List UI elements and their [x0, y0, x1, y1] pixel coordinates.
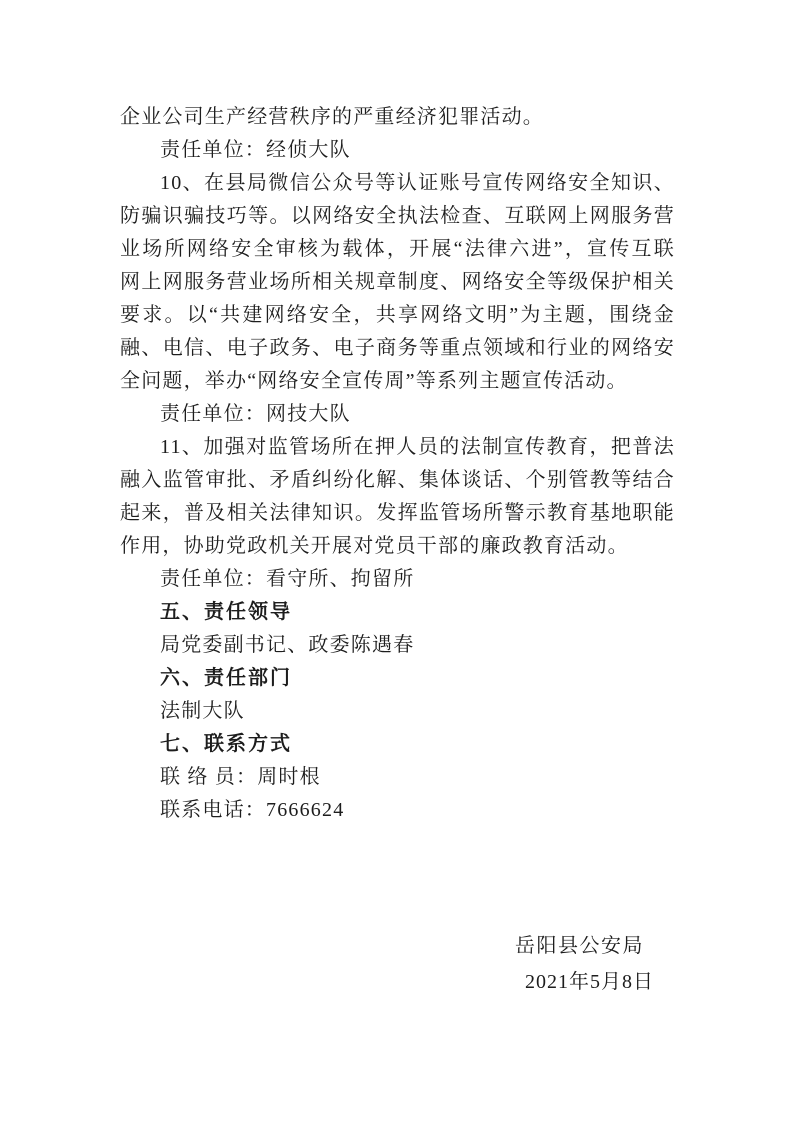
body-line: 网上网服务营业场所相关规章制度、网络安全等级保护相关 [120, 266, 675, 299]
body-line: 企业公司生产经营秩序的严重经济犯罪活动。 [120, 101, 675, 134]
body-line: 作用，协助党政机关开展对党员干部的廉政教育活动。 [120, 530, 675, 563]
body-line: 防骗识骗技巧等。以网络安全执法检查、互联网上网服务营 [120, 200, 675, 233]
body-line: 业场所网络安全审核为载体，开展“法律六进”，宣传互联 [120, 233, 675, 266]
signature-date: 2021年5月8日 [525, 966, 654, 999]
document-body: 企业公司生产经营秩序的严重经济犯罪活动。责任单位：经侦大队10、在县局微信公众号… [120, 101, 675, 827]
body-line: 要求。以“共建网络安全，共享网络文明”为主题，围绕金 [120, 299, 675, 332]
body-line: 起来，普及相关法律知识。发挥监管场所警示教育基地职能 [120, 497, 675, 530]
body-line: 责任单位：网技大队 [120, 398, 675, 431]
document-page: 企业公司生产经营秩序的严重经济犯罪活动。责任单位：经侦大队10、在县局微信公众号… [0, 0, 793, 1122]
body-line: 责任单位：看守所、拘留所 [120, 563, 675, 596]
body-line: 联 络 员：周时根 [120, 761, 675, 794]
body-line: 法制大队 [120, 695, 675, 728]
body-line: 局党委副书记、政委陈遇春 [120, 629, 675, 662]
body-line: 11、加强对监管场所在押人员的法制宣传教育，把普法 [120, 431, 675, 464]
body-line: 全问题，举办“网络安全宣传周”等系列主题宣传活动。 [120, 365, 675, 398]
signature-organization: 岳阳县公安局 [515, 930, 644, 963]
body-line: 融、电信、电子政务、电子商务等重点领域和行业的网络安 [120, 332, 675, 365]
body-line: 10、在县局微信公众号等认证账号宣传网络安全知识、 [120, 167, 675, 200]
section-heading: 六、责任部门 [120, 662, 675, 695]
body-line: 融入监管审批、矛盾纠纷化解、集体谈话、个别管教等结合 [120, 464, 675, 497]
section-heading: 五、责任领导 [120, 596, 675, 629]
section-heading: 七、联系方式 [120, 728, 675, 761]
body-line: 责任单位：经侦大队 [120, 134, 675, 167]
body-line: 联系电话：7666624 [120, 794, 675, 827]
